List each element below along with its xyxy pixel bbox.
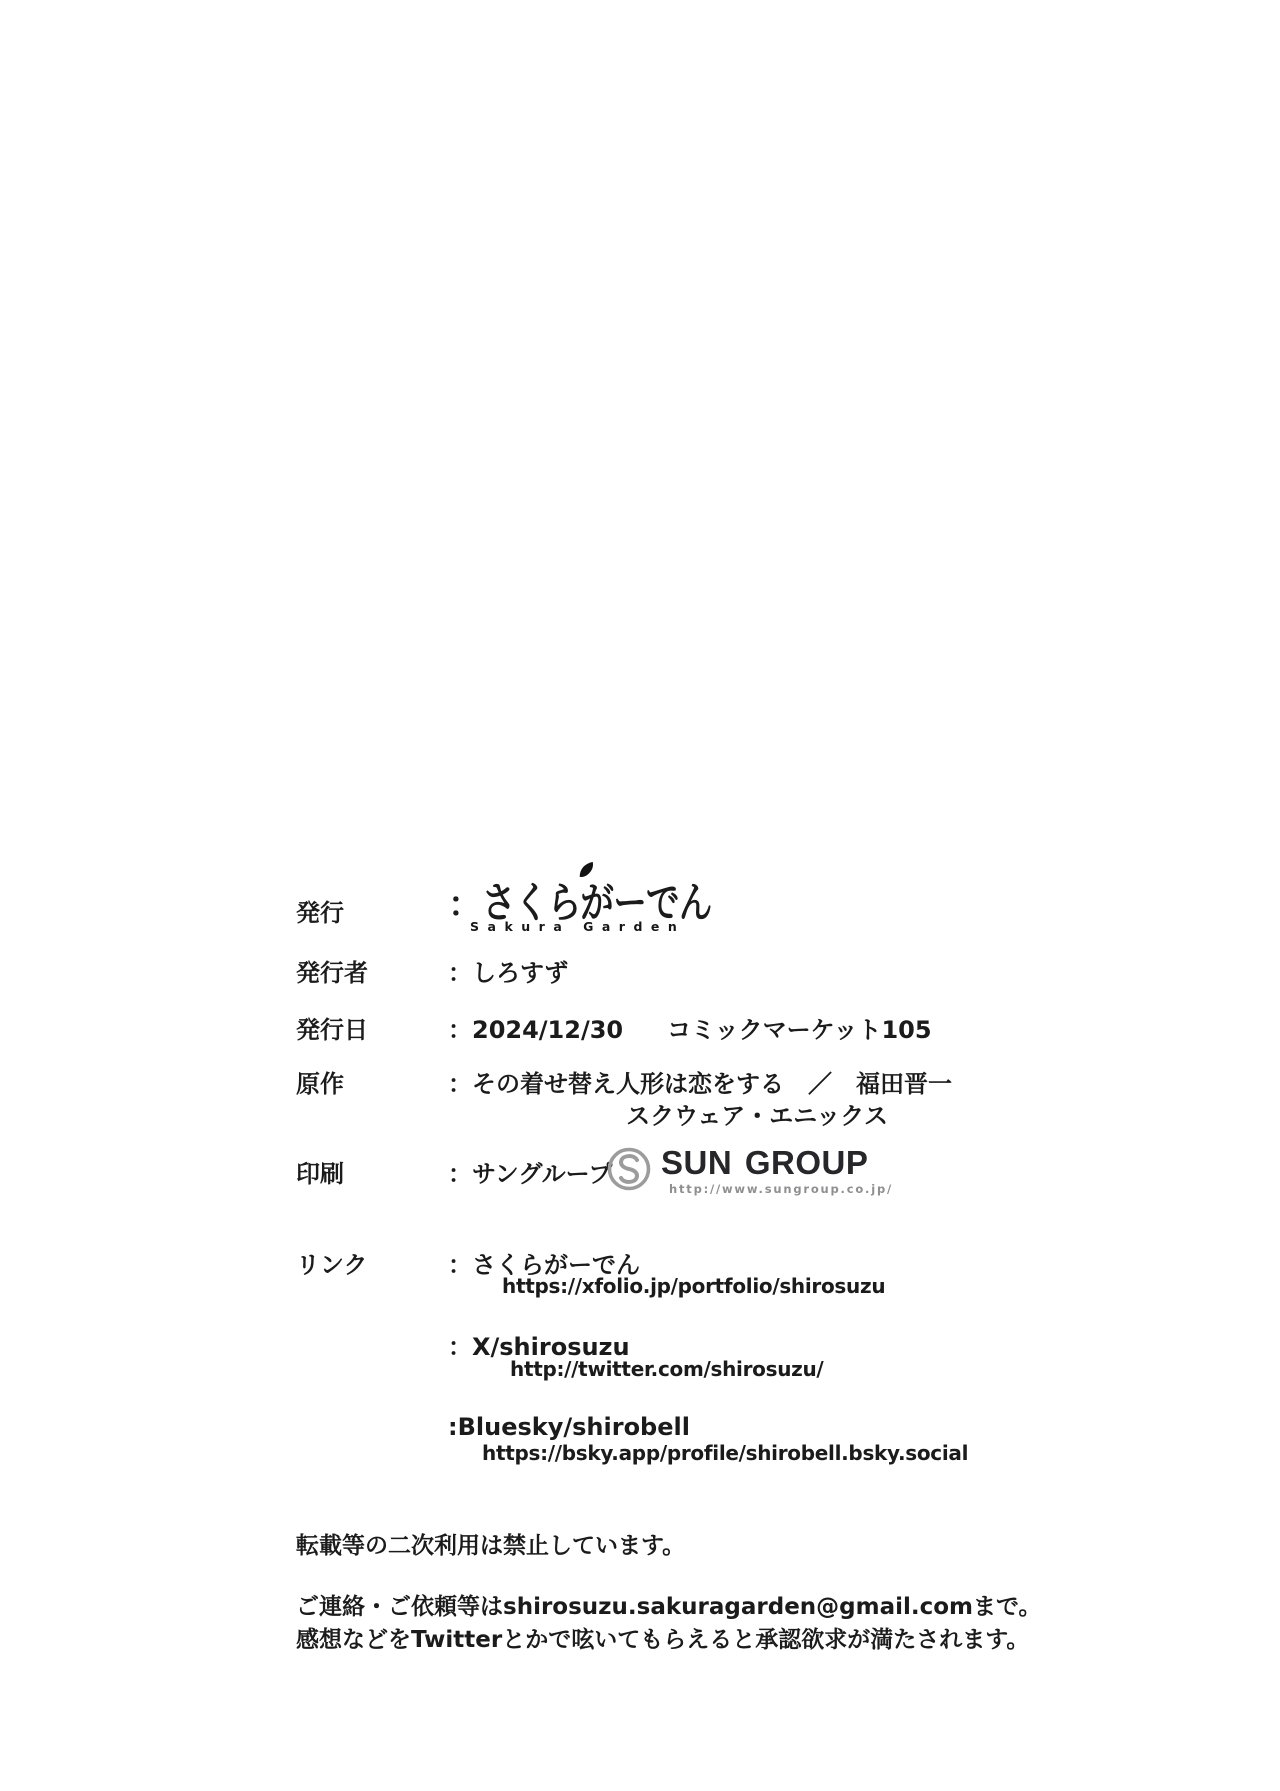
link-url-xfolio: https://xfolio.jp/portfolio/shirosuzu	[502, 1274, 885, 1298]
link-name-bluesky: :Bluesky/shirobell	[448, 1413, 690, 1441]
original-work-publisher: スクウェア・エニックス	[448, 1096, 888, 1131]
link-url-bluesky: https://bsky.app/profile/shirobell.bsky.…	[482, 1441, 968, 1465]
sun-group-url: http://www.sungroup.co.jp/	[661, 1182, 893, 1196]
sun-group-mark-icon	[606, 1146, 652, 1192]
issue-date-label: 発行日	[296, 1010, 368, 1045]
author-value: ：しろすず	[448, 953, 568, 988]
note-feedback: 感想などをTwitterとかで呟いてもらえると承認欲求が満たされます。	[296, 1621, 1029, 1654]
original-work-title: ：その着せ替え人形は恋をする ／ 福田晋一	[448, 1064, 952, 1099]
colophon-page: 発行 ： さくらがーでん Sakura Garden 発行者 ：しろすず 発行日…	[0, 0, 1280, 1791]
sun-group-logo: SUN GROUP http://www.sungroup.co.jp/	[606, 1146, 893, 1196]
link-url-twitter: http://twitter.com/shirosuzu/	[510, 1357, 823, 1381]
author-label: 発行者	[296, 953, 368, 988]
issue-date: ：2024/12/30	[448, 1016, 623, 1044]
original-work-label: 原作	[296, 1064, 344, 1099]
sun-group-name: SUN GROUP	[661, 1146, 893, 1181]
issue-date-value: ：2024/12/30コミックマーケット105	[448, 1010, 932, 1045]
issue-event: コミックマーケット105	[667, 1016, 931, 1044]
links-label: リンク	[296, 1245, 368, 1280]
printing-label: 印刷	[296, 1154, 344, 1189]
publisher-label: 発行	[296, 893, 344, 928]
note-no-reuse: 転載等の二次利用は禁止しています。	[296, 1527, 685, 1560]
note-contact-email: ご連絡・ご依頼等はshirosuzu.sakuragarden@gmail.co…	[296, 1588, 1042, 1621]
sakura-garden-logo-subtext: Sakura Garden	[470, 919, 685, 934]
printing-value: ：サングループ	[448, 1154, 612, 1189]
